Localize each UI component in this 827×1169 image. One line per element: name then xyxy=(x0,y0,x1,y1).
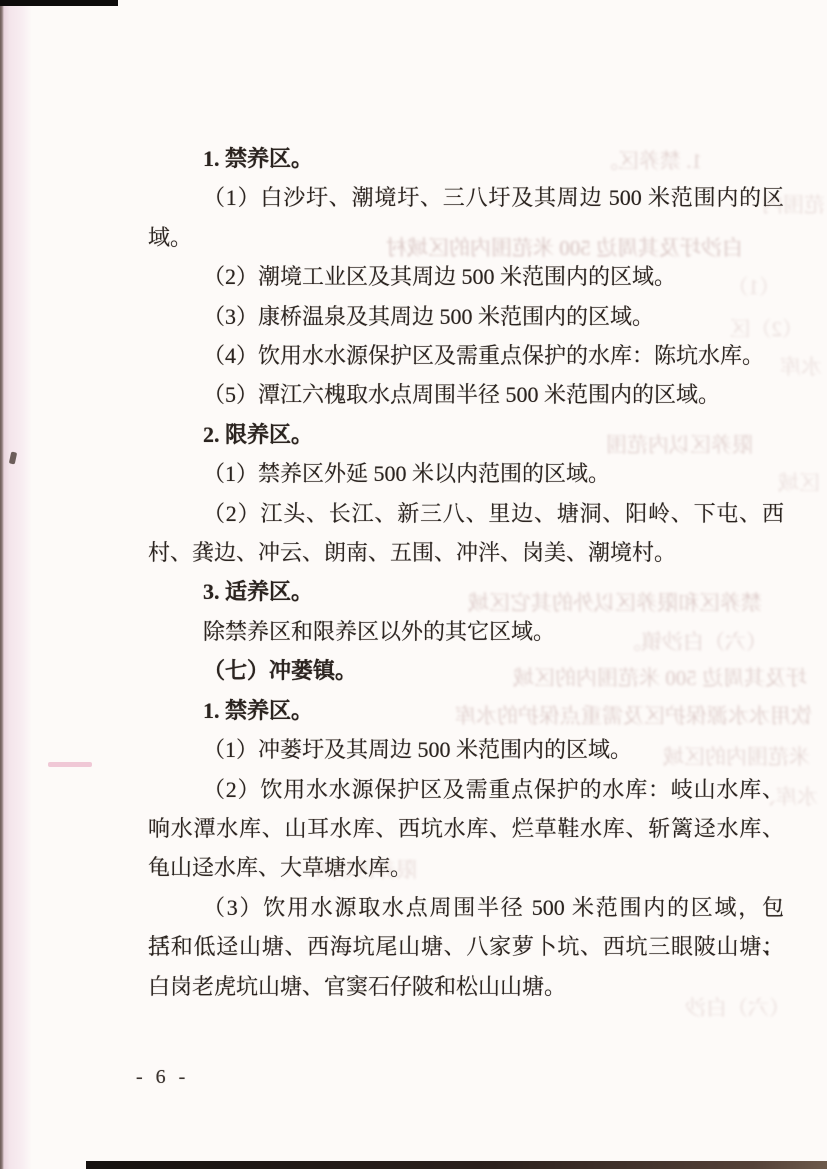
text-line: （2）江头、长江、新三八、里边、塘洞、阳岭、下屯、西 xyxy=(148,494,784,533)
text-line: 1. 禁养区。 xyxy=(148,691,784,730)
document-body: 1. 禁养区。（1）白沙圩、潮境圩、三八圩及其周边 500 米范围内的区域。（2… xyxy=(148,139,784,1006)
text-line: 响水潭水库、山耳水库、西坑水库、烂草鞋水库、斩篱迳水库、 xyxy=(148,809,784,848)
text-line: 1. 禁养区。 xyxy=(148,139,784,178)
scan-artifact-top-bar xyxy=(0,0,118,6)
page-number: - 6 - xyxy=(136,1066,189,1089)
text-line: 域。 xyxy=(148,218,784,257)
text-line: （七）冲蒌镇。 xyxy=(148,651,784,690)
scanned-page: 1. 禁养区。范围内白沙圩及其周边 500 米范围内的区域村（1）（2）区水库限… xyxy=(0,0,827,1169)
text-line: 三和低迳山塘、西海坑尾山塘、八家萝卜坑、西坑三眼陂山塘、 xyxy=(148,927,784,966)
text-line: （1）禁养区外延 500 米以内范围的区域。 xyxy=(148,454,784,493)
text-line: 村、龚边、冲云、朗南、五围、冲泮、岗美、潮境村。 xyxy=(148,533,784,572)
text-line: 白岗老虎坑山塘、官窦石仔陂和松山山塘。 xyxy=(148,967,784,1006)
scan-edge-left xyxy=(0,0,32,1169)
text-line: （3）饮用水源取水点周围半径 500 米范围内的区域，包括： xyxy=(148,888,784,927)
scan-speck-pink xyxy=(48,762,92,767)
text-line: （1）白沙圩、潮境圩、三八圩及其周边 500 米范围内的区 xyxy=(148,178,784,217)
text-line: 3. 适养区。 xyxy=(148,572,784,611)
text-line: （3）康桥温泉及其周边 500 米范围内的区域。 xyxy=(148,297,784,336)
scan-artifact-bottom-bar xyxy=(86,1161,827,1169)
text-line: （4）饮用水水源保护区及需重点保护的水库：陈坑水库。 xyxy=(148,336,784,375)
text-line: 2. 限养区。 xyxy=(148,415,784,454)
text-line: 龟山迳水库、大草塘水库。 xyxy=(148,848,784,887)
text-line: （5）潭江六槐取水点周围半径 500 米范围内的区域。 xyxy=(148,375,784,414)
text-line: （2）饮用水水源保护区及需重点保护的水库：岐山水库、 xyxy=(148,770,784,809)
text-line: （2）潮境工业区及其周边 500 米范围内的区域。 xyxy=(148,257,784,296)
text-line: （1）冲蒌圩及其周边 500 米范围内的区域。 xyxy=(148,730,784,769)
text-line: 除禁养区和限养区以外的其它区域。 xyxy=(148,612,784,651)
